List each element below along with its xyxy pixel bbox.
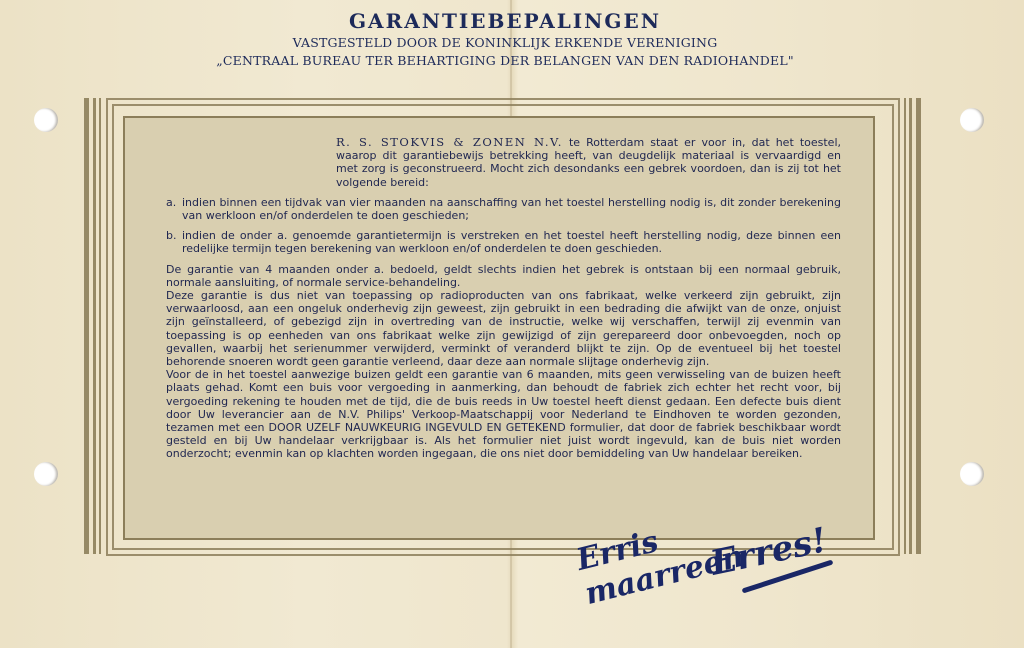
punch-hole-top-left: [34, 108, 58, 132]
frame-bar-right-1: [916, 98, 921, 554]
company-name: R. S. STOKVIS & ZONEN N.V.: [336, 135, 563, 149]
intro-paragraph: R. S. STOKVIS & ZONEN N.V. te Rotterdam …: [166, 136, 841, 189]
document-title: GARANTIEBEPALINGEN: [0, 8, 1010, 34]
frame-bar-right-3: [904, 98, 906, 554]
punch-hole-bottom-right: [960, 462, 984, 486]
paragraph-warranty-scope: De garantie van 4 maanden onder a. bedoe…: [166, 263, 841, 289]
document-header: GARANTIEBEPALINGEN VASTGESTELD DOOR DE K…: [0, 8, 1010, 70]
item-text: indien binnen een tijdvak van vier maand…: [182, 196, 841, 222]
paragraph-exclusions: Deze garantie is dus niet van toepassing…: [166, 289, 841, 368]
signature-slogan: Erris maarreen Erres!: [590, 512, 840, 602]
document-subtitle-2: „CENTRAAL BUREAU TER BEHARTIGING DER BEL…: [0, 52, 1010, 70]
item-label: b.: [166, 229, 182, 255]
document-subtitle-1: VASTGESTELD DOOR DE KONINKLIJK ERKENDE V…: [0, 34, 1010, 52]
item-text: indien de onder a. genoemde garantieterm…: [182, 229, 841, 255]
condition-item-b: b. indien de onder a. genoemde garantiet…: [166, 229, 841, 255]
condition-item-a: a. indien binnen een tijdvak van vier ma…: [166, 196, 841, 222]
punch-hole-top-right: [960, 108, 984, 132]
item-label: a.: [166, 196, 182, 222]
punch-hole-bottom-left: [34, 462, 58, 486]
frame-bar-left-1: [84, 98, 89, 554]
paragraph-tubes: Voor de in het toestel aanwezige buizen …: [166, 368, 841, 460]
warranty-text: R. S. STOKVIS & ZONEN N.V. te Rotterdam …: [166, 136, 841, 461]
frame-bar-left-3: [99, 98, 101, 554]
frame-bar-left-2: [93, 98, 96, 554]
frame-bar-right-2: [909, 98, 912, 554]
